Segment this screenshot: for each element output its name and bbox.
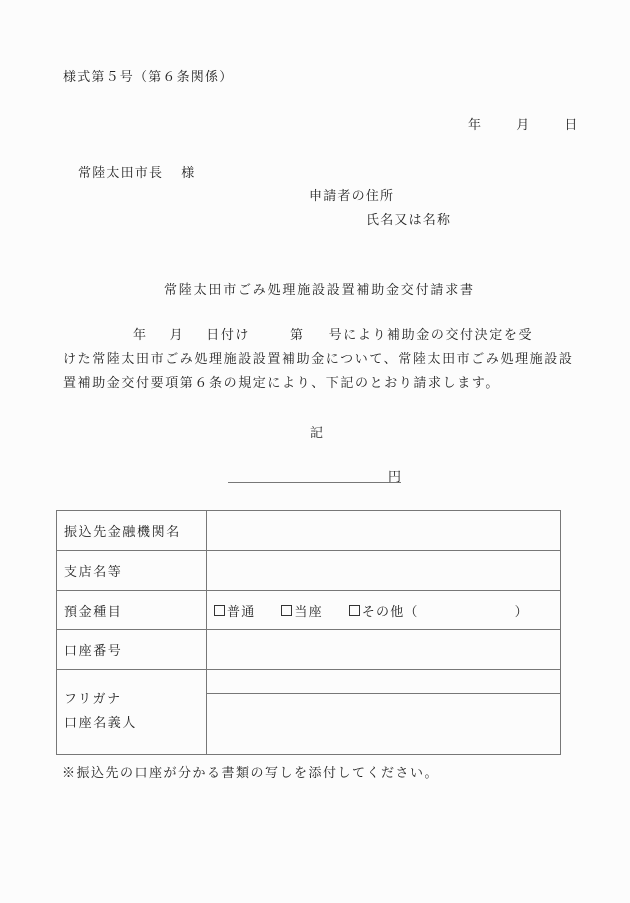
checkbox-icon[interactable] <box>349 605 360 616</box>
amount-field[interactable]: 円 <box>228 466 401 483</box>
body-day: 日付け <box>206 328 250 343</box>
date-month-label: 月 <box>516 114 530 133</box>
table-row-account-number: 口座番号 <box>57 630 560 670</box>
deposit-type-options: 普通 当座 その他（ ） <box>207 591 560 629</box>
bank-name-field[interactable] <box>207 511 560 550</box>
footnote: ※振込先の口座が分かる書類の写しを添付してください。 <box>62 762 439 781</box>
table-row-deposit-type: 預金種目 普通 当座 その他（ ） <box>57 591 560 630</box>
bank-account-table: 振込先金融機関名 支店名等 預金種目 普通 当座 その他（ ） 口座番号 フリガ… <box>56 510 561 755</box>
date-year-label: 年 <box>468 114 482 133</box>
checkbox-icon[interactable] <box>281 605 292 616</box>
table-row-bank-name: 振込先金融機関名 <box>57 511 560 551</box>
body-line-3: 置補助金交付要項第６条の規定により、下記のとおり請求します。 <box>63 372 583 396</box>
addressee-name: 常陸太田市長 <box>78 166 163 181</box>
addressee: 常陸太田市長様 <box>78 162 195 181</box>
applicant-address-label: 申請者の住所 <box>309 185 394 204</box>
option-ordinary-label: 普通 <box>227 601 255 620</box>
bank-name-label: 振込先金融機関名 <box>57 511 207 550</box>
form-number-label: 様式第５号（第６条関係） <box>63 66 233 85</box>
date-line: 年月日 <box>468 114 579 133</box>
branch-label: 支店名等 <box>57 551 207 590</box>
option-other-label: その他（ <box>362 601 419 620</box>
account-holder-name-field[interactable] <box>207 694 560 754</box>
applicant-name-label: 氏名又は名称 <box>366 209 451 228</box>
furigana-label: フリガナ <box>64 688 122 712</box>
furigana-field[interactable] <box>207 670 560 693</box>
branch-field[interactable] <box>207 551 560 590</box>
ki-heading: 記 <box>310 422 324 441</box>
body-line-1: 年月日付け第号により補助金の交付決定を受 <box>63 324 583 348</box>
amount-unit-label: 円 <box>388 466 401 485</box>
body-line-1-rest: 号により補助金の交付決定を受 <box>329 328 533 343</box>
account-holder-name-label: 口座名義人 <box>64 712 137 736</box>
table-row-branch: 支店名等 <box>57 551 560 591</box>
deposit-option-ordinary[interactable]: 普通 <box>214 601 255 620</box>
account-number-label: 口座番号 <box>57 630 207 669</box>
table-row-account-holder: フリガナ 口座名義人 <box>57 670 560 754</box>
checkbox-icon[interactable] <box>214 605 225 616</box>
body-year: 年 <box>133 328 148 343</box>
addressee-honorific: 様 <box>181 166 195 181</box>
body-month: 月 <box>170 328 185 343</box>
deposit-option-other[interactable]: その他（ <box>349 601 419 620</box>
body-number-prefix: 第 <box>290 328 305 343</box>
deposit-option-current[interactable]: 当座 <box>281 601 322 620</box>
account-holder-label: フリガナ 口座名義人 <box>57 670 207 754</box>
option-current-label: 当座 <box>294 601 322 620</box>
deposit-type-label: 預金種目 <box>57 591 207 629</box>
date-day-label: 日 <box>564 114 578 133</box>
other-close-paren: ） <box>515 601 528 620</box>
document-title: 常陸太田市ごみ処理施設設置補助金交付請求書 <box>164 279 475 298</box>
body-line-2: けた常陸太田市ごみ処理施設設置補助金について、常陸太田市ごみ処理施設設 <box>63 348 583 372</box>
account-number-field[interactable] <box>207 630 560 669</box>
request-body-text: 年月日付け第号により補助金の交付決定を受 けた常陸太田市ごみ処理施設設置補助金に… <box>63 324 583 396</box>
